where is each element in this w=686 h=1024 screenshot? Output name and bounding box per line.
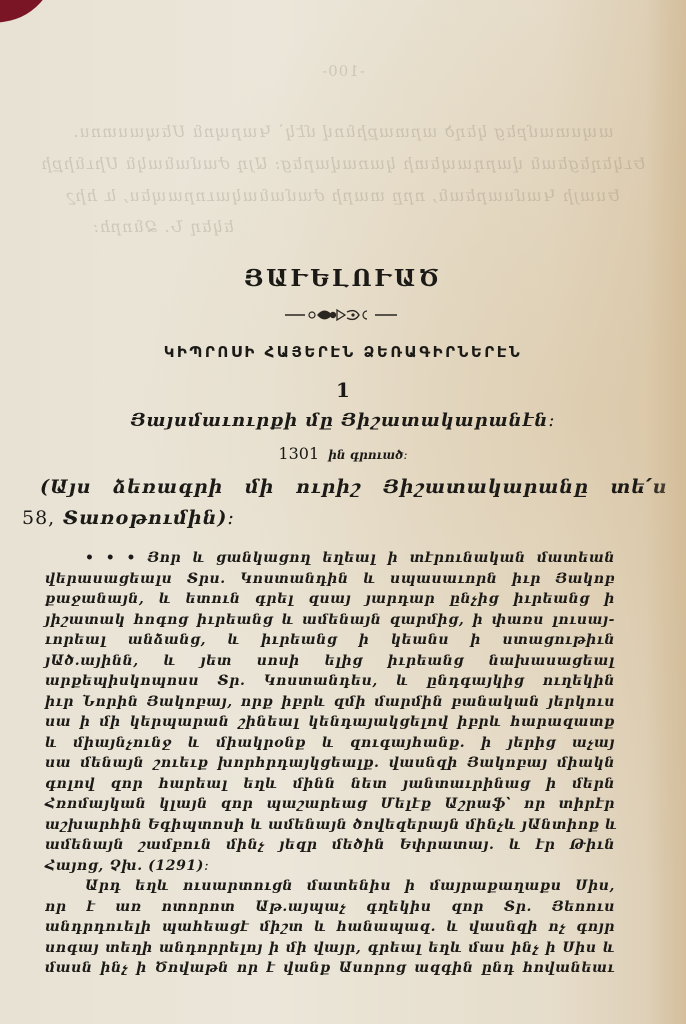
section-title: ՅԱՒԵԼՈՒԱԾ (0, 265, 686, 292)
note-page-ref: 58, (22, 507, 55, 529)
body-line: աշխարհին Եգիպտոսի և ամենայն ծովեզերայն մ… (45, 815, 615, 836)
document-number: 1 (0, 378, 686, 402)
bleed-through-line: Եւկեղեցեան վարդապետի կառավարեց: Այդ ժամա… (0, 154, 686, 173)
note-reference-text: Տառօթումին)։ (63, 507, 235, 529)
ornament-divider-icon (283, 306, 403, 324)
body-line: որ է առ ոտորոտ Աթ.այպաչ գղեկիս զոր Տր. Յ… (45, 897, 615, 918)
body-line: մասն ինչ ի Ծովաթն որ է վանք Ասորոց ազգին… (45, 958, 615, 979)
body-line: յիշատակ հոգոց իւրեանց և ամենայն զարմից, … (45, 610, 615, 631)
editor-note-line: 58, Տառօթումին)։ (22, 507, 602, 529)
bleed-through-line: եկեղ Ն. Ձնորհ: (0, 217, 506, 236)
book-cover-corner (0, 0, 64, 26)
body-line: սա մենայն շուեւք խորհրդայկցեալք. վասնզի … (45, 753, 615, 774)
body-line: և միայնչունջ և միակրօնք և զուգայհանք. ի … (45, 733, 615, 754)
date-year: 1301 (278, 444, 319, 463)
body-line: սոգայ տեղի անդորրելոյ ի մի վայր, գրեալ ե… (45, 938, 615, 959)
bleed-through-line: ապստամբեց կեղծ արտաքինով մէկ՝ Կարպոն Սեպ… (0, 122, 686, 141)
body-line: ամենայն շամբուն մինչ յեզր մեծին Եփրատայ.… (45, 835, 615, 856)
body-line: գոլով զոր հարեալ եղև մինն նետ յանտաւրինա… (45, 774, 615, 795)
editor-note-line: (Այս ձեռագրի մի ուրիշ Յիշատակարանը տե՛ս … (40, 476, 620, 498)
body-line: յԱծ.այինն, և յետ սոսի ելից իւրեանց նախաս… (45, 651, 615, 672)
date-text: ին գրուած։ (328, 448, 407, 462)
body-line: անդրդուելի պահեացէ միշտ և հանապազ. և վաս… (45, 917, 615, 938)
date-line: 1301 ին գրուած։ (0, 444, 686, 463)
body-line: արքեպիսկոպոսս Տր. Կոստանդես, և ընդգայկից… (45, 671, 615, 692)
body-line: Հայոց, Չխ. (1291)։ (45, 856, 615, 877)
body-line: ւորեալ անձանց, և իւրեանց ի կեանս ի ստացո… (45, 630, 615, 651)
body-line: • • • Յոր և ցանկացող եղեալ ի տէրունական … (45, 548, 615, 569)
body-line: քաջանայն, և ետուն գրել զսայ յարդար ընչից… (45, 589, 615, 610)
body-line: իւր Նորին Յակոբայ, որք իբրև զմի մարմին բ… (45, 692, 615, 713)
body-line: Հռոմայկան կլայն զոր պաշարեաց Մելէք Աշրաֆ… (45, 794, 615, 815)
bleed-through-page-number: -100- (0, 62, 686, 80)
body-line: սա ի մի կերպարան շինեալ կենդայակցելով իբ… (45, 712, 615, 733)
section-subtitle: ԿԻՊՐՈՍԻ ՀԱՅԵՐԷՆ ՁԵՌԱԳԻՐՆԵՐԷՆ (0, 343, 686, 361)
scanned-book-page: -100- ապստամբեց կեղծ արտաքինով մէկ՝ Կարպ… (0, 0, 686, 1024)
colophon-body: • • • Յոր և ցանկացող եղեալ ի տէրունական … (45, 548, 615, 979)
document-title: Յայսմաւուրքի մը Յիշատակարանէն։ (0, 410, 686, 431)
bleed-through-line: Եսայի Կամսարեան, որը տարի ժամանակաւորապե… (0, 186, 686, 205)
body-line: Արդ եղև ուսարտուցն մատենիս ի մայրաքաղաքս… (45, 876, 615, 897)
body-line: վերասացեալս Տրս. Կոստանդին և սպասաւորն ի… (45, 569, 615, 590)
